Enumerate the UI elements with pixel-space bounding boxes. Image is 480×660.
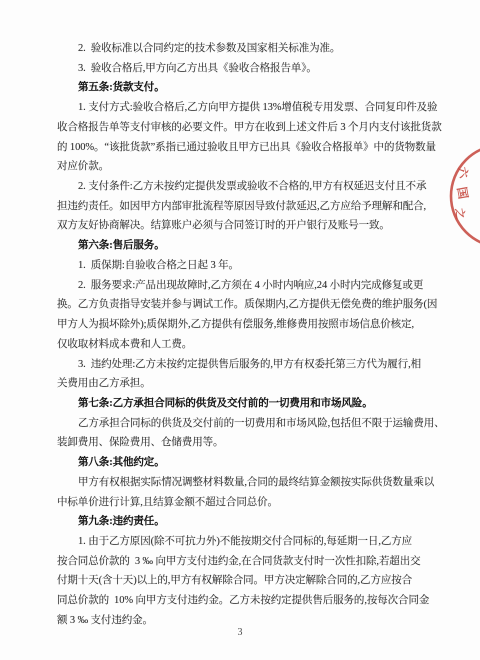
text-line: 按合同总价款的 3 ‰ 向甲方支付违约金,在合同货款支付时一次性扣除,若超出交 <box>57 552 429 572</box>
text-line: 对应价款。 <box>57 157 429 177</box>
text-line: 担违约责任。如因甲方内部审批流程等原因导致付款延迟,乙方应给予理解和配合, <box>57 197 429 217</box>
text-line: 甲方人为损坏除外);质保期外,乙方提供有偿服务,维修费用按照市场信息价核定, <box>57 315 429 335</box>
text-line: 2. 服务要求:产品出现故障时,乙方须在 4 小时内响应,24 小时内完成修复或… <box>57 276 429 296</box>
seal-arc <box>451 147 480 247</box>
text-line: 1. 质保期:自验收合格之日起 3 年。 <box>57 256 429 276</box>
text-line: 第七条:乙方承担合同标的供货及交付前的一切费用和市场风险。 <box>57 394 429 414</box>
seal-graphic: 六 国 之 <box>444 147 480 247</box>
text-line: 第六条:售后服务。 <box>57 236 429 256</box>
text-line: 2. 支付条件:乙方未按约定提供发票或验收不合格的,甲方有权延迟支付且不承 <box>57 177 429 197</box>
text-line: 甲方有权根据实际情况调整材料数量,合同的最终结算金额按实际供货数量乘以 <box>57 473 429 493</box>
document-page: 2. 验收标准以合同约定的技术参数及国家相关标准为准。3. 验收合格后,甲方向乙… <box>0 0 480 660</box>
seal-glyph-1: 六 <box>456 166 472 180</box>
text-line: 仅收取材料成本费和人工费。 <box>57 335 429 355</box>
seal-glyph-2: 国 <box>454 186 470 200</box>
text-line: 收合格报告单等支付审核的必要文件。甲方在收到上述文件后 3 个月内支付该批货款 <box>57 118 429 138</box>
text-line: 2. 验收标准以合同约定的技术参数及国家相关标准为准。 <box>57 39 429 59</box>
text-line: 第九条:违约责任。 <box>57 512 429 532</box>
text-line: 同总价款的 10% 向甲方支付违约金。乙方未按约定提供售后服务的,按每次合同金 <box>57 591 429 611</box>
text-line: 3. 违约处理:乙方未按约定提供售后服务的,甲方有权委托第三方代为履行,相 <box>57 355 429 375</box>
text-line: 装卸费用、保险费用、仓储费用等。 <box>57 433 429 453</box>
text-line: 第八条:其他约定。 <box>57 453 429 473</box>
text-line: 第五条:货款支付。 <box>57 78 429 98</box>
text-line: 双方友好协商解决。结算账户必须与合同签订时的开户银行及账号一致。 <box>57 216 429 236</box>
seal-glyph-3: 之 <box>452 207 468 220</box>
text-line: 关费用由乙方承担。 <box>57 374 429 394</box>
page-number: 3 <box>0 627 480 638</box>
text-line: 中标单价进行计算,且结算金额不超过合同总价。 <box>57 493 429 513</box>
text-line: 付期十天(含十天)以上的,甲方有权解除合同。甲方决定解除合同的,乙方应按合 <box>57 571 429 591</box>
text-line: 1. 由于乙方原因(除不可抗力外)不能按期交付合同标的,每延期一日,乙方应 <box>57 532 429 552</box>
text-line: 换。乙方负责指导安装并参与调试工作。质保期内,乙方提供无偿免费的维护服务(因 <box>57 295 429 315</box>
seal-stamp: 六 国 之 <box>444 147 480 247</box>
contract-body: 2. 验收标准以合同约定的技术参数及国家相关标准为准。3. 验收合格后,甲方向乙… <box>57 39 429 631</box>
text-line: 的 100%。“该批货款”系指已通过验收且甲方已出具《验收合格报单》中的货物数量 <box>57 138 429 158</box>
text-line: 1. 支付方式:验收合格后,乙方向甲方提供 13%增值税专用发票、合同复印件及验 <box>57 98 429 118</box>
text-line: 3. 验收合格后,甲方向乙方出具《验收合格报告单》。 <box>57 59 429 79</box>
text-line: 乙方承担合同标的供货及交付前的一切费用和市场风险,包括但不限于运输费用、 <box>57 414 429 434</box>
